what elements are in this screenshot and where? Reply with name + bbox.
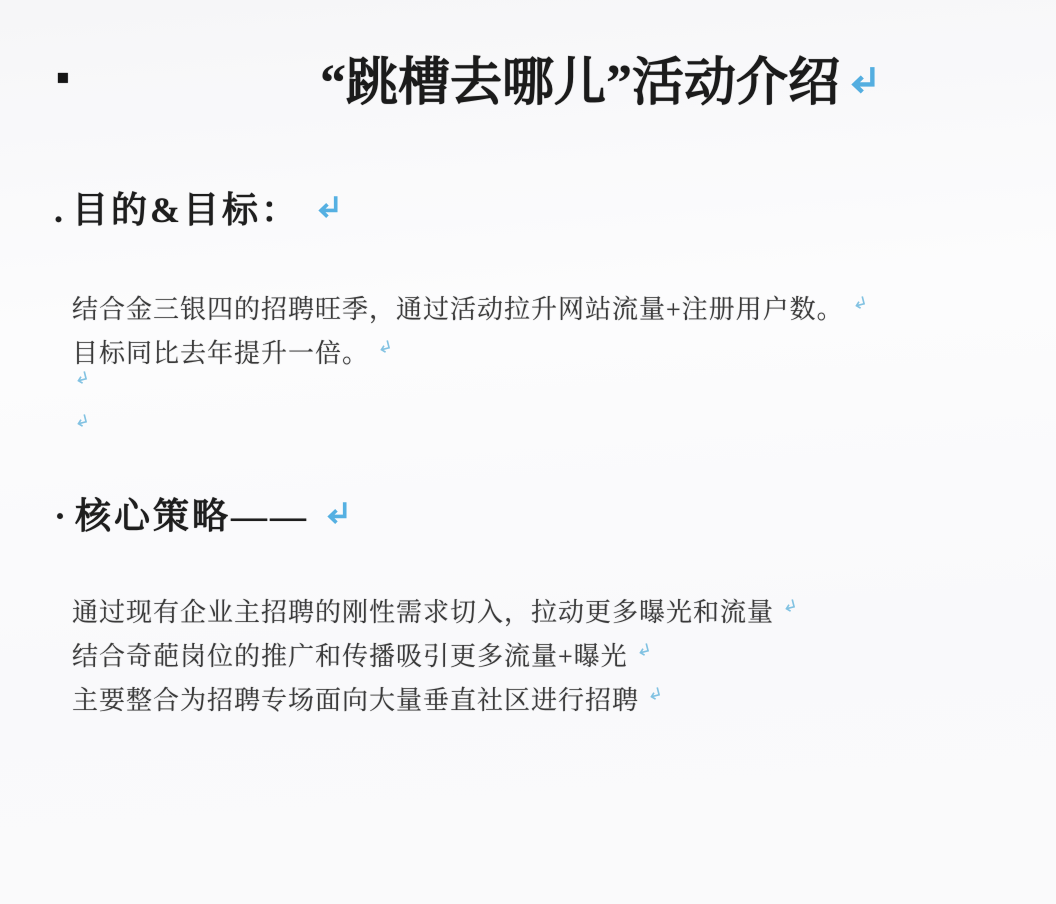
- section-heading-text: 核心策略——: [75, 496, 309, 536]
- section-heading-strategy: ·核心策略——: [54, 494, 351, 538]
- paragraph-line: 目标同比去年提升一倍。: [72, 332, 867, 376]
- paragraph-line-text: 结合金三银四的招聘旺季，通过活动拉升网站流量+注册用户数。: [72, 295, 844, 324]
- empty-paragraph: [74, 413, 89, 433]
- section-heading-goals: .目的&目标：: [54, 188, 342, 232]
- paragraph-mark-icon: [850, 293, 868, 311]
- paragraph-line-text: 结合奇葩岗位的推广和传播吸引更多流量+曝光: [72, 642, 628, 671]
- paragraph-line-text: 目标同比去年提升一倍。: [72, 339, 369, 368]
- paragraph-line: 结合金三银四的招聘旺季，通过活动拉升网站流量+注册用户数。: [72, 288, 867, 332]
- paragraph-line-text: 主要整合为招聘专场面向大量垂直社区进行招聘: [72, 686, 639, 715]
- heading-prefix-dot: ·: [54, 496, 69, 536]
- paragraph-mark-icon: [634, 640, 652, 658]
- return-mark-icon: [323, 498, 351, 526]
- document-page: ▪ “跳槽去哪儿”活动介绍 .目的&目标： 结合金三银四的招聘旺季，通过活动拉升…: [0, 0, 1056, 904]
- title-bullet-dot: ▪: [56, 66, 70, 86]
- paragraph-line-text: 通过现有企业主招聘的刚性需求切入，拉动更多曝光和流量: [72, 598, 774, 627]
- paragraph-line: 通过现有企业主招聘的刚性需求切入，拉动更多曝光和流量: [72, 591, 797, 635]
- paragraph-mark-icon: [645, 684, 663, 702]
- paragraph-goals: 结合金三银四的招聘旺季，通过活动拉升网站流量+注册用户数。 目标同比去年提升一倍…: [72, 288, 867, 376]
- return-mark-icon: [846, 62, 880, 96]
- heading-prefix-dot: .: [54, 190, 66, 230]
- document-title-text: “跳槽去哪儿”活动介绍: [320, 55, 840, 112]
- paragraph-mark-icon: [72, 411, 90, 429]
- empty-paragraph: [74, 370, 89, 390]
- return-mark-icon: [314, 192, 342, 220]
- paragraph-line: 主要整合为招聘专场面向大量垂直社区进行招聘: [72, 679, 797, 723]
- paragraph-line: 结合奇葩岗位的推广和传播吸引更多流量+曝光: [72, 635, 797, 679]
- paragraph-mark-icon: [375, 337, 393, 355]
- paragraph-mark-icon: [72, 368, 90, 386]
- paragraph-strategy: 通过现有企业主招聘的刚性需求切入，拉动更多曝光和流量 结合奇葩岗位的推广和传播吸…: [72, 591, 797, 723]
- document-title: “跳槽去哪儿”活动介绍: [320, 54, 880, 114]
- paragraph-mark-icon: [780, 596, 798, 614]
- section-heading-text: 目的&目标：: [72, 190, 300, 230]
